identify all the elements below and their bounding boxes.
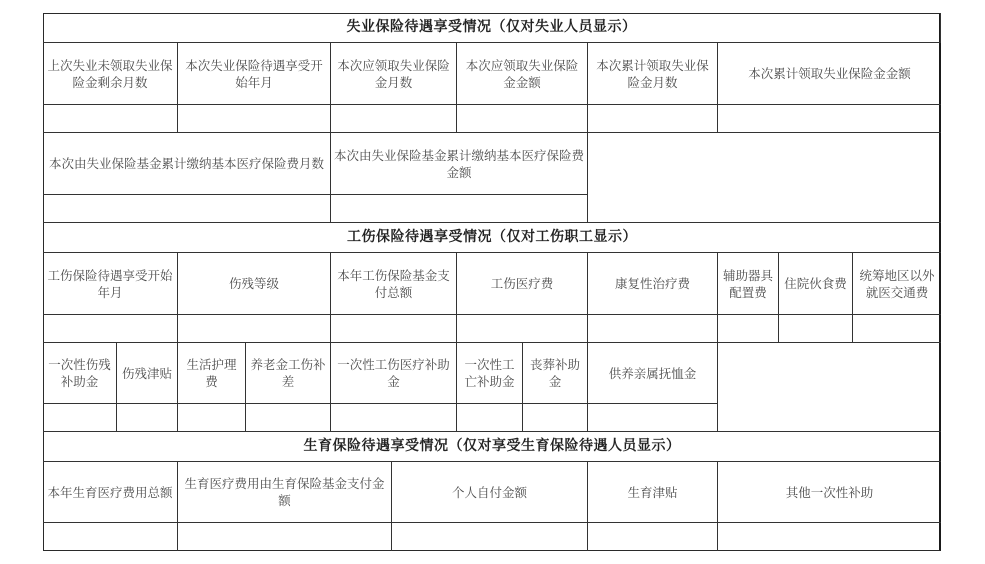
maternity-value-allowance[interactable] [588, 523, 718, 551]
maternity-value-fund-paid[interactable] [178, 523, 392, 551]
work-injury-value-lump-medical-subsidy[interactable] [331, 404, 457, 432]
work-injury-value-dependent-pension[interactable] [588, 404, 718, 432]
maternity-value-other-subsidy[interactable] [718, 523, 941, 551]
unemployment-section-title: 失业保险待遇享受情况（仅对失业人员显示） [43, 13, 941, 43]
work-injury-value-medical-fee[interactable] [457, 315, 588, 343]
work-injury-header-travel-fee: 统筹地区以外就医交通费 [853, 253, 941, 315]
work-injury-header-hospital-meal-fee: 住院伙食费 [779, 253, 853, 315]
work-injury-value-hospital-meal-fee[interactable] [779, 315, 853, 343]
work-injury-header-assistive-device-fee: 辅助器具配置费 [718, 253, 779, 315]
work-injury-blank-area [718, 343, 941, 432]
unemployment-header-remaining-months: 上次失业未领取失业保险金剩余月数 [43, 43, 178, 105]
maternity-header-medical-total: 本年生育医疗费用总额 [43, 462, 178, 523]
work-injury-value-rehab-fee[interactable] [588, 315, 718, 343]
work-injury-header-disability-allowance: 伤残津贴 [117, 343, 178, 404]
work-injury-value-assistive-device-fee[interactable] [718, 315, 779, 343]
unemployment-header-start-month: 本次失业保险待遇享受开始年月 [178, 43, 331, 105]
maternity-section-title: 生育保险待遇享受情况（仅对享受生育保险待遇人员显示） [43, 432, 941, 462]
work-injury-header-start-month: 工伤保险待遇享受开始年月 [43, 253, 178, 315]
unemployment-value-due-months[interactable] [331, 105, 457, 133]
unemployment-value-cumulative-months[interactable] [588, 105, 718, 133]
work-injury-value-funeral-subsidy[interactable] [523, 404, 588, 432]
work-injury-value-lump-disability-subsidy[interactable] [43, 404, 117, 432]
unemployment-value-medical-amount[interactable] [331, 195, 588, 223]
unemployment-header-medical-amount: 本次由失业保险基金累计缴纳基本医疗保险费金额 [331, 133, 588, 195]
unemployment-header-cumulative-months: 本次累计领取失业保险金月数 [588, 43, 718, 105]
maternity-header-fund-paid: 生育医疗费用由生育保险基金支付金额 [178, 462, 392, 523]
work-injury-header-fund-total: 本年工伤保险基金支付总额 [331, 253, 457, 315]
work-injury-header-nursing-fee: 生活护理费 [178, 343, 246, 404]
unemployment-header-due-amount: 本次应领取失业保险金金额 [457, 43, 588, 105]
work-injury-value-disability-allowance[interactable] [117, 404, 178, 432]
work-injury-value-lump-death-subsidy[interactable] [457, 404, 523, 432]
maternity-header-self-paid: 个人自付金额 [392, 462, 588, 523]
work-injury-value-nursing-fee[interactable] [178, 404, 246, 432]
unemployment-value-due-amount[interactable] [457, 105, 588, 133]
maternity-value-self-paid[interactable] [392, 523, 588, 551]
work-injury-header-disability-grade: 伤残等级 [178, 253, 331, 315]
unemployment-value-cumulative-amount[interactable] [718, 105, 941, 133]
work-injury-header-rehab-fee: 康复性治疗费 [588, 253, 718, 315]
unemployment-blank-area [588, 133, 941, 223]
work-injury-value-start-month[interactable] [43, 315, 178, 343]
maternity-header-allowance: 生育津贴 [588, 462, 718, 523]
unemployment-header-due-months: 本次应领取失业保险金月数 [331, 43, 457, 105]
work-injury-value-travel-fee[interactable] [853, 315, 941, 343]
work-injury-header-dependent-pension: 供养亲属抚恤金 [588, 343, 718, 404]
work-injury-header-pension-supplement: 养老金工伤补差 [246, 343, 331, 404]
work-injury-header-lump-disability-subsidy: 一次性伤残补助金 [43, 343, 117, 404]
work-injury-value-disability-grade[interactable] [178, 315, 331, 343]
maternity-value-medical-total[interactable] [43, 523, 178, 551]
work-injury-header-lump-death-subsidy: 一次性工亡补助金 [457, 343, 523, 404]
work-injury-value-pension-supplement[interactable] [246, 404, 331, 432]
work-injury-header-medical-fee: 工伤医疗费 [457, 253, 588, 315]
unemployment-value-medical-months[interactable] [43, 195, 331, 223]
maternity-header-other-subsidy: 其他一次性补助 [718, 462, 941, 523]
work-injury-value-fund-total[interactable] [331, 315, 457, 343]
unemployment-value-remaining-months[interactable] [43, 105, 178, 133]
work-injury-header-funeral-subsidy: 丧葬补助金 [523, 343, 588, 404]
work-injury-header-lump-medical-subsidy: 一次性工伤医疗补助金 [331, 343, 457, 404]
unemployment-header-cumulative-amount: 本次累计领取失业保险金金额 [718, 43, 941, 105]
work-injury-section-title: 工伤保险待遇享受情况（仅对工伤职工显示） [43, 223, 941, 253]
unemployment-value-start-month[interactable] [178, 105, 331, 133]
unemployment-header-medical-months: 本次由失业保险基金累计缴纳基本医疗保险费月数 [43, 133, 331, 195]
